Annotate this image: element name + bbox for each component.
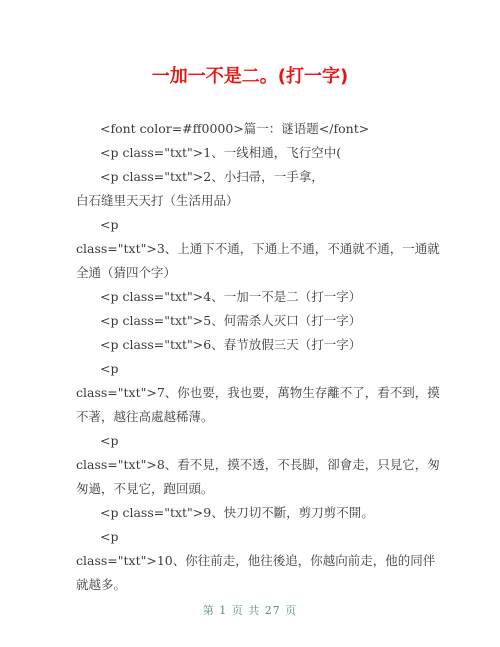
body-line-17: <p class="txt">9、快刀切不斷，剪刀剪不開。	[76, 501, 436, 525]
body-line-19: class="txt">10、你往前走，他往後追，你越向前走，他的同伴	[76, 549, 436, 573]
body-line-6: class="txt">3、上通下不通，下通上不通，不通就不通，一通就	[76, 237, 436, 261]
body-line-10: <p class="txt">6、春节放假三天（打一字）	[76, 333, 436, 357]
body-line-2: <p class="txt">1、一线相通，飞行空中(	[76, 141, 436, 165]
body-line-15: class="txt">8、看不見，摸不透，不長脚，卻會走，只見它，匆	[76, 453, 436, 477]
body-line-3: <p class="txt">2、小扫帚，一手拿，	[76, 165, 436, 189]
body-line-20: 就越多。	[76, 573, 436, 597]
body-line-14: <p	[76, 429, 436, 453]
document-title: 一加一不是二。(打一字)	[0, 62, 500, 88]
body-line-18: <p	[76, 525, 436, 549]
body-line-12: class="txt">7、你也要，我也要，萬物生存離不了，看不到，摸	[76, 381, 436, 405]
body-line-11: <p	[76, 357, 436, 381]
body-line-1: <font color=#ff0000>篇一：谜语题</font>	[76, 117, 436, 141]
body-line-7: 全通（猜四个字）	[76, 261, 436, 285]
document-body: <font color=#ff0000>篇一：谜语题</font> <p cla…	[76, 117, 436, 597]
body-line-16: 匆過，不見它，跑回頭。	[76, 477, 436, 501]
body-line-5: <p	[76, 213, 436, 237]
body-line-13: 不著，越往高處越稀薄。	[76, 405, 436, 429]
body-line-8: <p class="txt">4、一加一不是二（打一字）	[76, 285, 436, 309]
body-line-9: <p class="txt">5、何需杀人灭口（打一字）	[76, 309, 436, 333]
page-number-footer: 第 1 页 共 27 页	[0, 602, 500, 618]
body-line-4: 白石缝里天天打（生活用品）	[76, 189, 436, 213]
